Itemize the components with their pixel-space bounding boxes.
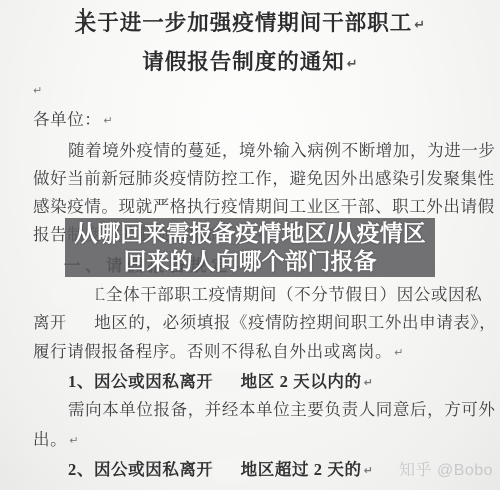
document-line-redacted: 离开地区的，必须填报《疫情防控期间职工外出申请表》，: [33, 314, 496, 332]
redaction-blur: [54, 286, 96, 303]
paragraph-mark-icon: ↵: [364, 464, 373, 477]
document-line: 出。↵: [33, 431, 78, 450]
paragraph-mark-icon: ↵: [103, 114, 112, 127]
paragraph-mark-icon: ↵: [414, 18, 425, 33]
paragraph-mark-icon: ↵: [347, 57, 358, 72]
document-line: 需向本单位报备，并经本单位主要负责人同意后，方可外: [68, 401, 496, 419]
caption-line1: 从哪回来需报备疫情地区/从疫情区: [65, 220, 435, 248]
paragraph-mark-icon: ↵: [364, 376, 373, 389]
scanned-notice-photo: 关于进一步加强疫情期间干部职工↵ 请假报告制度的通知↵ ↵ 各单位：↵ 随着境外…: [0, 0, 500, 490]
rule-item-2: 2、因公或因私离开地区超过 2 天的↵: [68, 461, 373, 480]
redaction-remnant-char: 工: [96, 286, 106, 304]
document-line-salutation: 各单位：↵: [33, 111, 113, 130]
document-line: 随着境外疫情的蔓延，境外输入病例不断增加，为进一步: [68, 142, 496, 160]
notice-title-line2: 请假报告制度的通知↵: [0, 44, 500, 83]
caption-overlay: 从哪回来需报备疫情地区/从疫情区 回来的人向哪个部门报备: [65, 218, 435, 277]
zhihu-watermark: 知乎 @Bobo: [399, 457, 493, 480]
document-line: 履行请假报备程序。否则不得私自外出或离岗。↵: [33, 343, 403, 362]
paragraph-mark-icon: ↵: [33, 84, 42, 97]
document-line: 感染疫情。现就严格执行疫情期间工业区干部、职工外出请假: [33, 198, 495, 216]
document-line-redacted: 工全体干部职工疫情期间（不分节假日）因公或因私: [54, 286, 482, 304]
notice-title: 关于进一步加强疫情期间干部职工↵ 请假报告制度的通知↵: [0, 5, 500, 83]
paragraph-mark-icon: ↵: [394, 346, 403, 359]
rule-item-1: 1、因公或因私离开地区 2 天以内的↵: [68, 373, 373, 392]
caption-line2: 回来的人向哪个部门报备: [65, 248, 435, 276]
notice-title-line1: 关于进一步加强疫情期间干部职工↵: [0, 5, 500, 44]
paragraph-mark-icon: ↵: [69, 434, 78, 447]
document-line: 做好当前新冠肺炎疫情防控工作，避免因外出感染引发聚集性: [33, 170, 495, 188]
